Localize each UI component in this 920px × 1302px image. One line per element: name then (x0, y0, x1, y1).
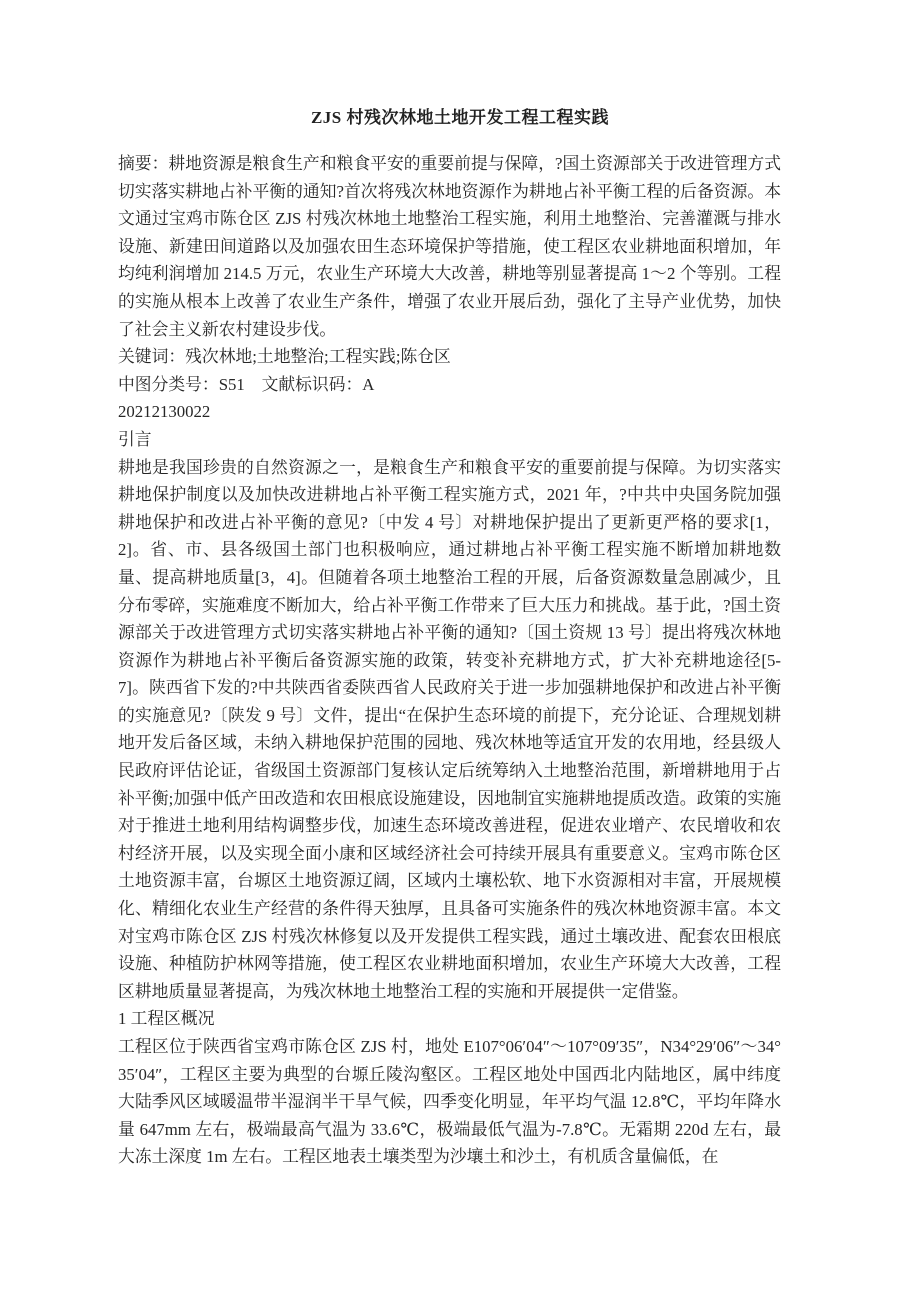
paper-title: ZJS 村残次林地土地开发工程工程实践 (0, 104, 920, 132)
section-1-heading: 1 工程区概况 (118, 1005, 781, 1033)
introduction-paragraph: 耕地是我国珍贵的自然资源之一，是粮食生产和粮食平安的重要前提与保障。为切实落实耕… (118, 454, 781, 1006)
keywords-line: 关键词：残次林地;土地整治;工程实践;陈仓区 (118, 343, 781, 371)
abstract-paragraph: 摘要：耕地资源是粮食生产和粮食平安的重要前提与保障，?国土资源部关于改进管理方式… (118, 150, 781, 343)
introduction-heading: 引言 (118, 426, 781, 454)
classification-line: 中图分类号：S51 文献标识码：A (118, 371, 781, 399)
student-id-line: 20212130022 (118, 398, 781, 426)
document-page: ZJS 村残次林地土地开发工程工程实践 摘要：耕地资源是粮食生产和粮食平安的重要… (0, 0, 920, 1302)
project-area-overview-paragraph: 工程区位于陕西省宝鸡市陈仓区 ZJS 村，地处 E107°06′04″～107°… (118, 1033, 781, 1171)
document-body: 摘要：耕地资源是粮食生产和粮食平安的重要前提与保障，?国土资源部关于改进管理方式… (118, 150, 781, 1171)
